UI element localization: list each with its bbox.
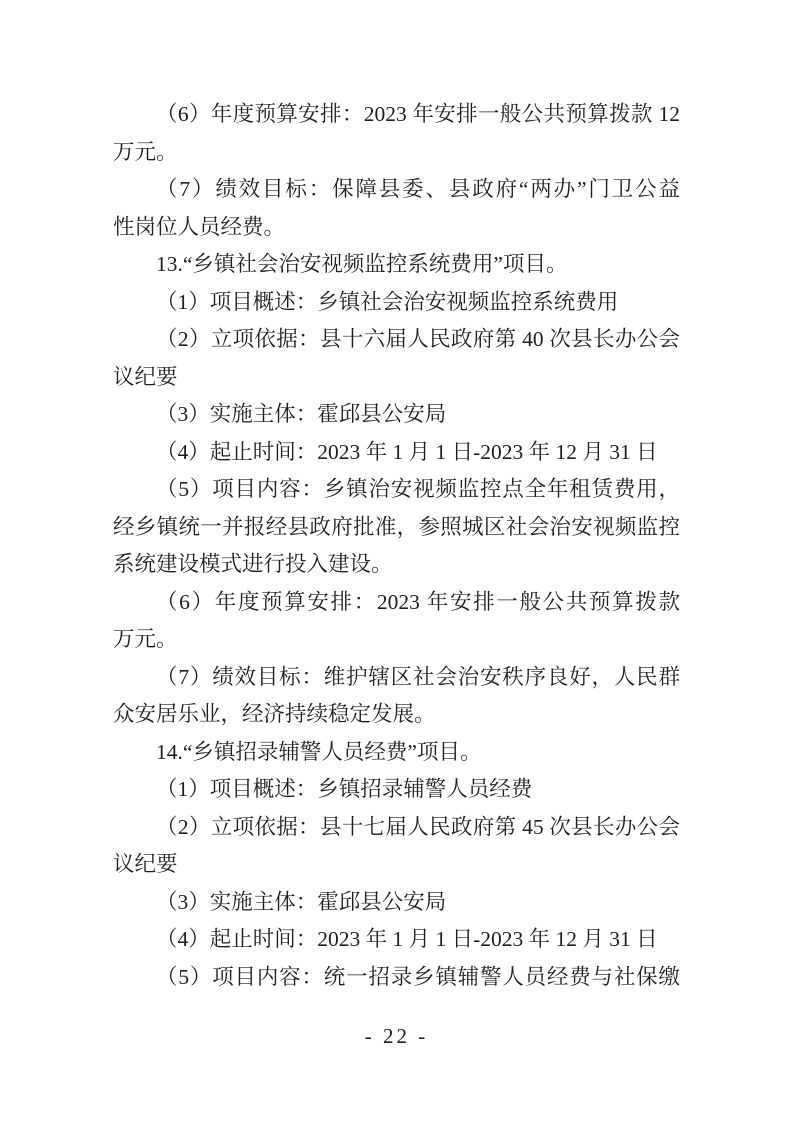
text-line: （1）项目概述：乡镇社会治安视频监控系统费用: [113, 284, 680, 322]
text-line: （3）实施主体：霍邱县公安局: [113, 884, 680, 922]
text-line: 性岗位人员经费。: [113, 209, 680, 247]
text-line: 13.“乡镇社会治安视频监控系统费用”项目。: [113, 246, 680, 284]
document-page: （6）年度预算安排：2023 年安排一般公共预算拨款 12 万元。 （7）绩效目…: [0, 0, 793, 1122]
text-line: （6）年度预算安排：2023 年安排一般公共预算拨款 288: [113, 584, 680, 622]
text-line: （2）立项依据：县十六届人民政府第 40 次县长办公会: [113, 321, 680, 359]
page-number: - 22 -: [0, 1024, 793, 1049]
text-line: 14.“乡镇招录辅警人员经费”项目。: [113, 734, 680, 772]
document-body: （6）年度预算安排：2023 年安排一般公共预算拨款 12 万元。 （7）绩效目…: [113, 96, 680, 996]
text-line: 经乡镇统一并报经县政府批准，参照城区社会治安视频监控: [113, 509, 680, 547]
text-line: （7）绩效目标：维护辖区社会治安秩序良好，人民群: [113, 659, 680, 697]
text-line: （5）项目内容：乡镇治安视频监控点全年租赁费用，: [113, 471, 680, 509]
text-line: 系统建设模式进行投入建设。: [113, 546, 680, 584]
text-line: （7）绩效目标：保障县委、县政府“两办”门卫公益: [113, 171, 680, 209]
text-line: （6）年度预算安排：2023 年安排一般公共预算拨款 12: [113, 96, 680, 134]
text-line: 万元。: [113, 134, 680, 172]
text-line: （2）立项依据：县十七届人民政府第 45 次县长办公会: [113, 809, 680, 847]
text-line: （4）起止时间：2023 年 1 月 1 日-2023 年 12 月 31 日: [113, 921, 680, 959]
text-line: 众安居乐业，经济持续稳定发展。: [113, 696, 680, 734]
text-line: （4）起止时间：2023 年 1 月 1 日-2023 年 12 月 31 日: [113, 434, 680, 472]
text-line: （5）项目内容：统一招录乡镇辅警人员经费与社保缴: [113, 959, 680, 997]
text-line: 万元。: [113, 621, 680, 659]
text-line: （3）实施主体：霍邱县公安局: [113, 396, 680, 434]
text-line: 议纪要: [113, 359, 680, 397]
text-line: （1）项目概述：乡镇招录辅警人员经费: [113, 771, 680, 809]
text-line: 议纪要: [113, 846, 680, 884]
